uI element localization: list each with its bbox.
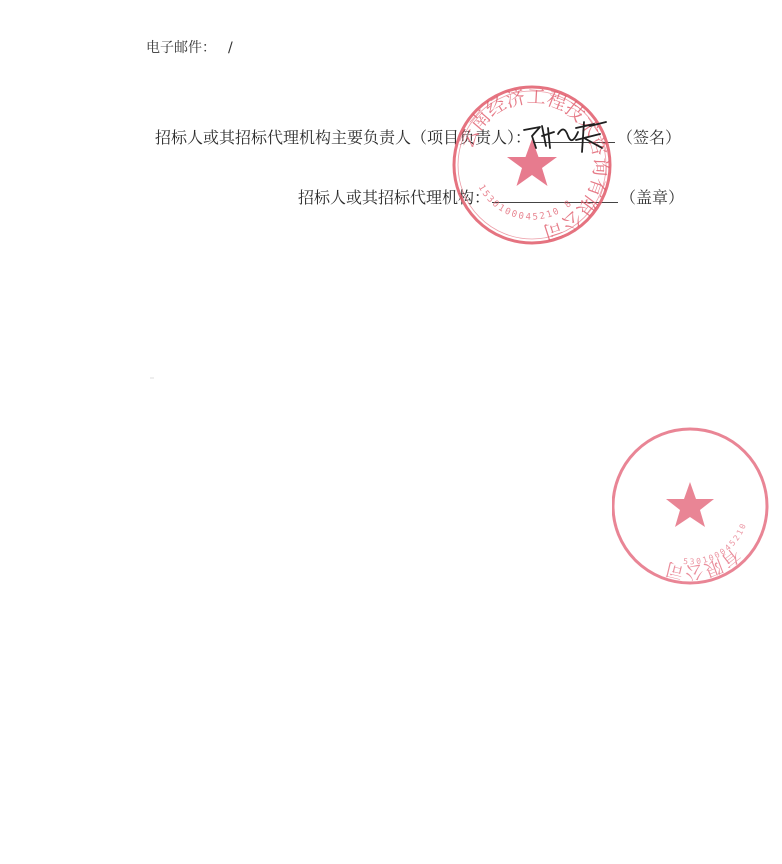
signature-blank <box>533 128 615 143</box>
signature-suffix: （签名） <box>617 128 681 147</box>
scan-artifact <box>150 377 154 379</box>
company-seal: 云南经济工程技术咨询有限公司 1530100045210 8 <box>450 83 614 247</box>
star-icon <box>666 482 714 527</box>
seal-blank <box>492 188 618 203</box>
cross-page-seal-graphic: 有限公司 530100045210 8 <box>612 427 782 585</box>
seal-label: 招标人或其招标代理机构： <box>298 188 490 207</box>
signature-line: 招标人或其招标代理机构主要负责人（项目负责人）：（签名） <box>155 128 681 148</box>
company-seal-graphic: 云南经济工程技术咨询有限公司 1530100045210 8 <box>450 83 614 247</box>
cross-seal-number: 530100045210 8 <box>612 427 750 566</box>
cross-page-seal: 有限公司 530100045210 8 <box>612 427 782 585</box>
email-line: 电子邮件：/ <box>146 38 233 58</box>
email-label: 电子邮件： <box>146 40 216 56</box>
seal-line: 招标人或其招标代理机构：（盖章） <box>298 188 684 208</box>
seal-suffix: （盖章） <box>620 188 684 207</box>
email-value: / <box>228 40 233 56</box>
seal-ring-text: 云南经济工程技术咨询有限公司 <box>456 86 612 244</box>
signature-label: 招标人或其招标代理机构主要负责人（项目负责人）： <box>155 128 531 147</box>
cross-seal-ring-text: 有限公司 <box>664 544 744 583</box>
